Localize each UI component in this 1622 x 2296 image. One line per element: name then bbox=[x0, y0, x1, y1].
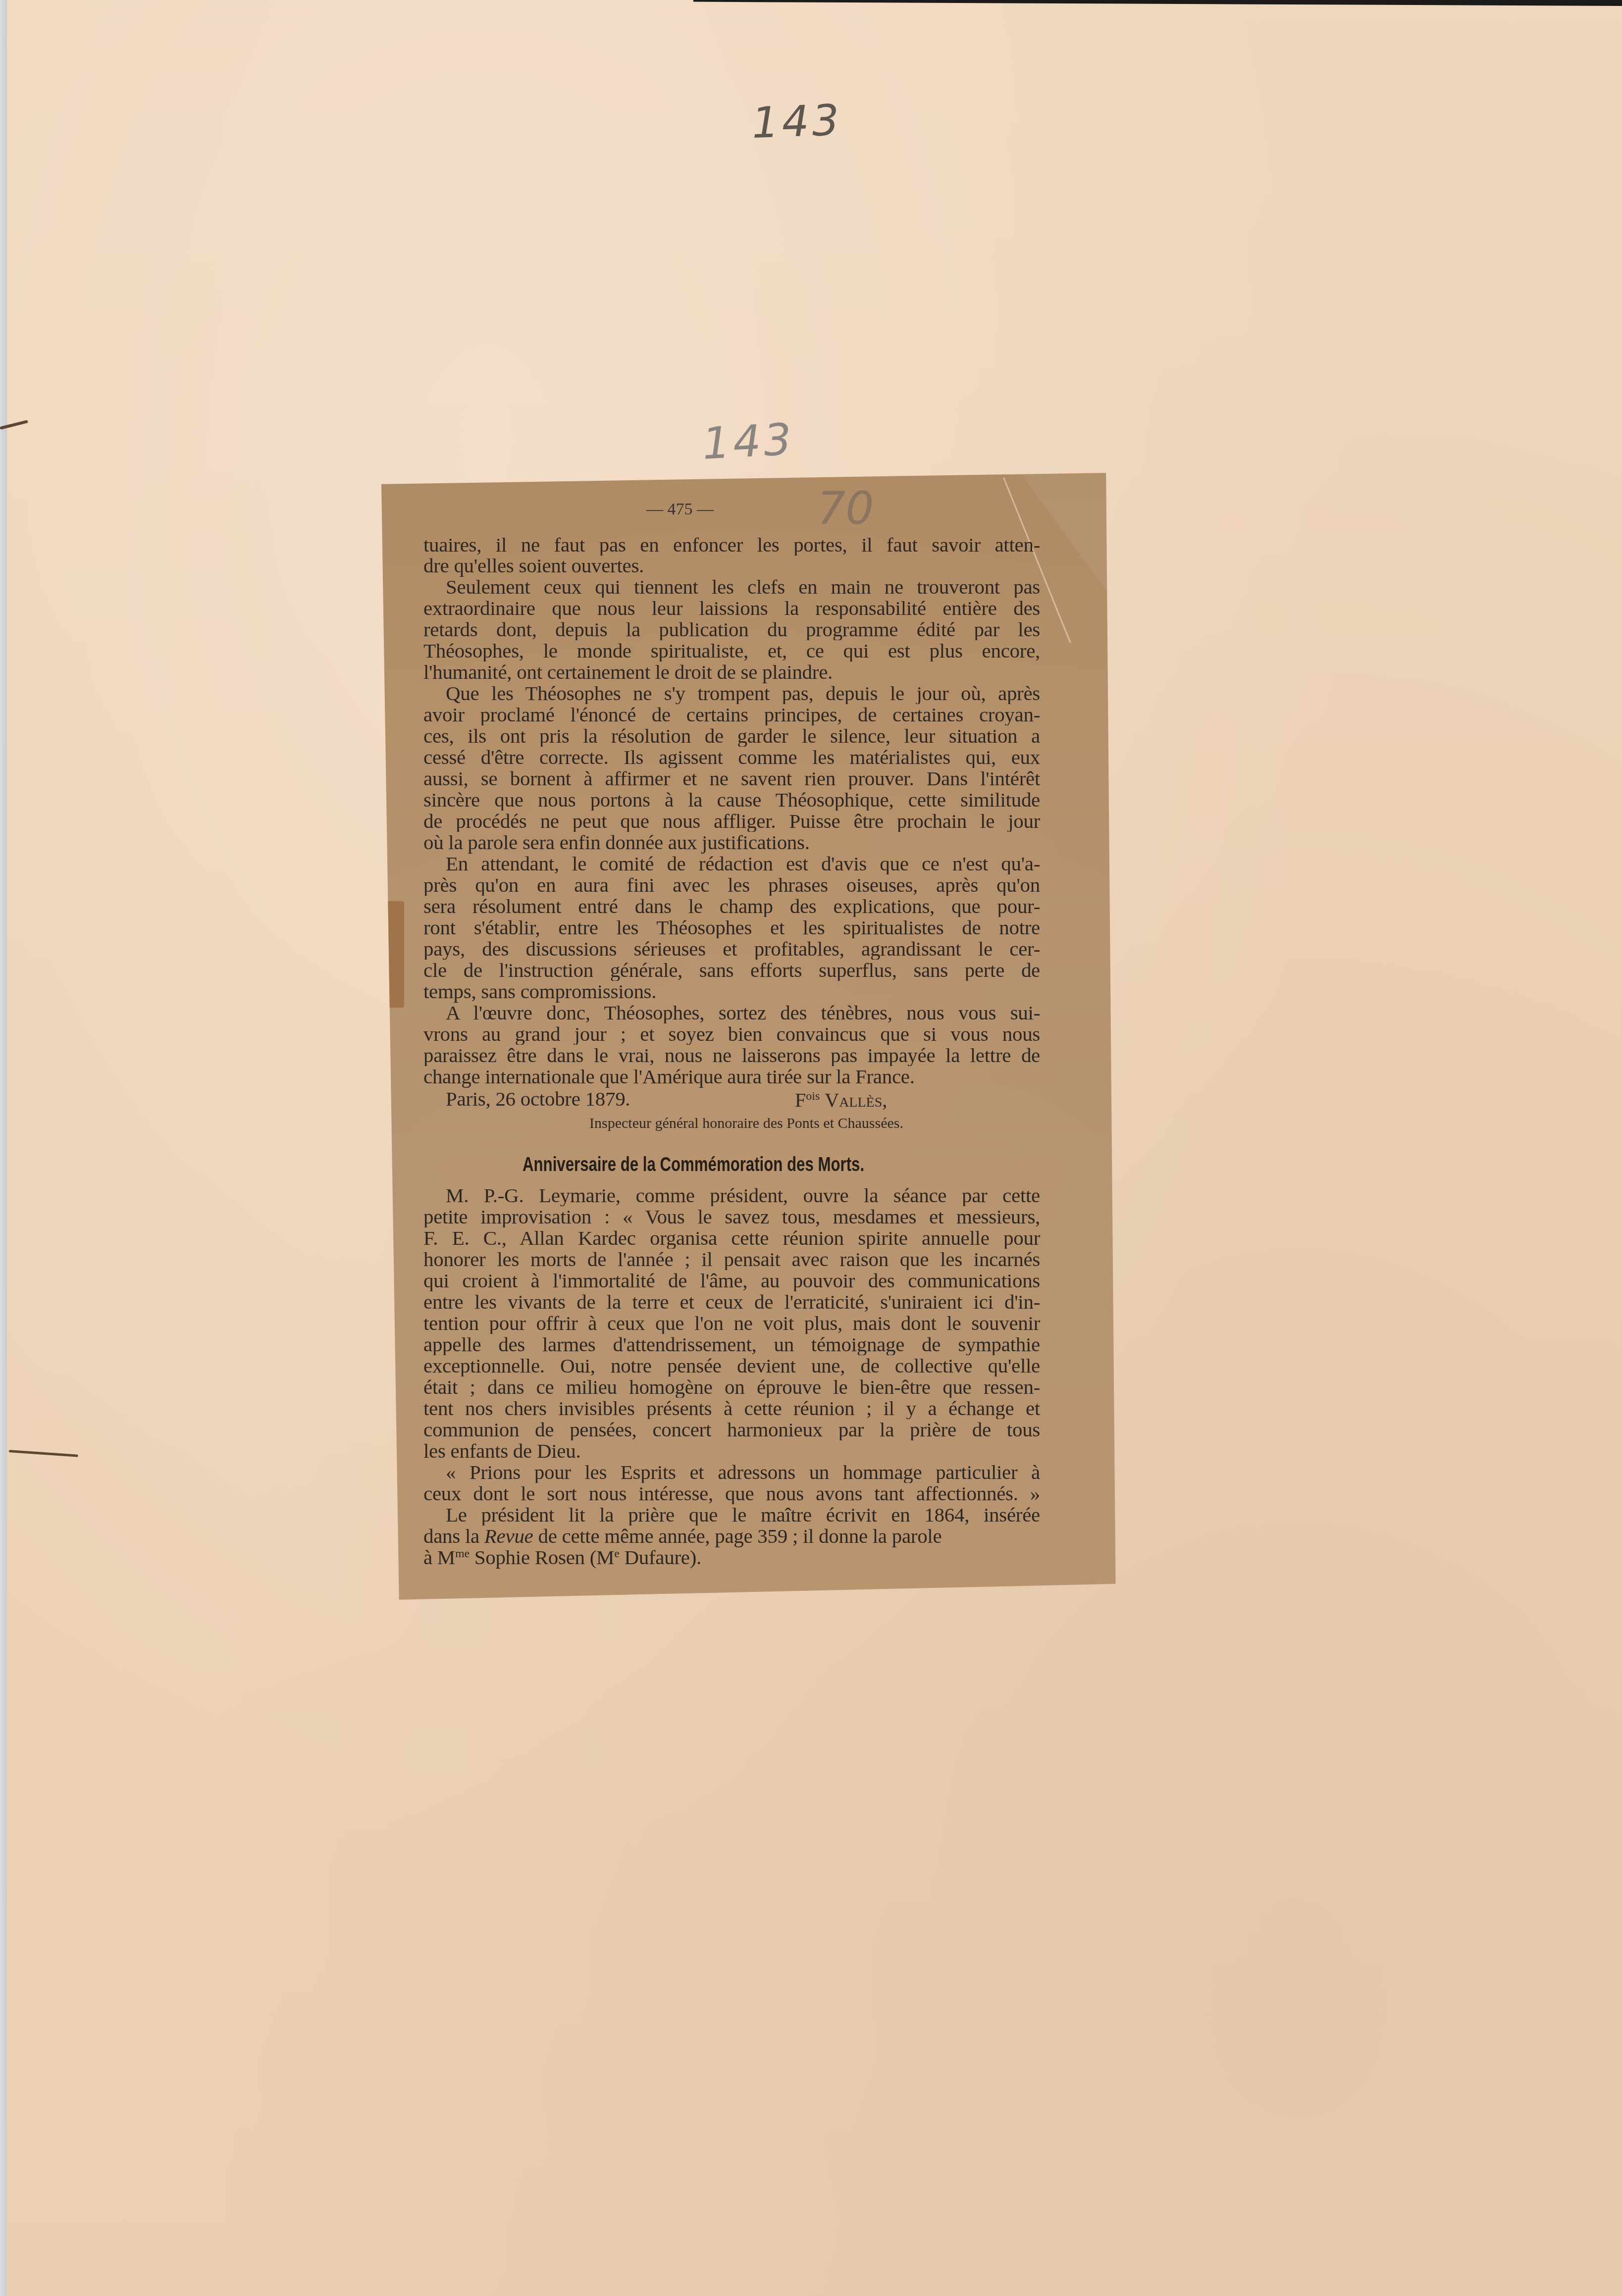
text-line: extraordinaire que nous leur laissions l… bbox=[423, 598, 1040, 619]
text-line: cle de l'instruction générale, sans effo… bbox=[423, 960, 1040, 981]
text-line: sincère que nous portons à la cause Théo… bbox=[423, 789, 1040, 811]
text-run: à M bbox=[423, 1546, 455, 1569]
text-line: exceptionnelle. Oui, notre pensée devien… bbox=[423, 1355, 1040, 1377]
signature-surname: Vallès, bbox=[825, 1089, 887, 1111]
text-line: Seulement ceux qui tiennent les clefs en… bbox=[423, 576, 1040, 598]
text-line: Le président lit la prière que le maître… bbox=[423, 1504, 1040, 1526]
text-line: qui croient à l'immortalité de l'âme, au… bbox=[423, 1270, 1040, 1291]
text-run: Dufaure). bbox=[620, 1546, 701, 1569]
text-line: tent nos chers invisibles présents à cet… bbox=[423, 1398, 1040, 1419]
text-run: dans la bbox=[423, 1525, 484, 1547]
journal-title: Revue bbox=[484, 1525, 533, 1547]
pencil-clipping-number: 143 bbox=[701, 413, 795, 469]
signature-initial: F bbox=[795, 1089, 806, 1111]
text-run: Sophie Rosen (M bbox=[470, 1546, 614, 1569]
text-line: vrons au grand jour ; et soyez bien conv… bbox=[423, 1023, 1040, 1045]
text-line: Que les Théosophes ne s'y trompent pas, … bbox=[423, 683, 1040, 704]
text-line: temps, sans compromissions. bbox=[423, 981, 656, 1002]
text-line: aussi, se bornent à affirmer et ne saven… bbox=[423, 768, 1040, 789]
text-line: sera résolument entré dans le champ des … bbox=[423, 896, 1040, 917]
pencil-marginal-note: 70 bbox=[817, 483, 874, 535]
text-line: « Prions pour les Esprits et adressons u… bbox=[423, 1462, 1040, 1483]
text-line: tuaires, il ne faut pas en enfoncer les … bbox=[423, 534, 1040, 556]
text-line: dans la Revue de cette même année, page … bbox=[423, 1526, 1040, 1547]
text-sup: e bbox=[614, 1547, 619, 1560]
text-line: dre qu'elles soient ouvertes. bbox=[423, 555, 644, 576]
text-line: près qu'on en aura fini avec les phrases… bbox=[423, 874, 1040, 896]
text-line: tention pour offrir à ceux que l'on ne v… bbox=[423, 1313, 1040, 1334]
signature: Fois Vallès, bbox=[795, 1088, 887, 1112]
text-line: cessé d'être correcte. Ils agissent comm… bbox=[423, 747, 1040, 768]
page-number: — 475 — bbox=[646, 500, 714, 519]
text-run: de cette même année, page 359 ; il donne… bbox=[533, 1525, 942, 1547]
text-line: En attendant, le comité de rédaction est… bbox=[423, 853, 1040, 874]
text-line: communion de pensées, concert harmonieux… bbox=[423, 1419, 1040, 1440]
text-line: honorer les morts de l'année ; il pensai… bbox=[423, 1249, 1040, 1270]
signature-initial-sup: ois bbox=[806, 1090, 820, 1103]
text-line: change internationale que l'Amérique aur… bbox=[423, 1066, 915, 1087]
text-sup: me bbox=[455, 1547, 470, 1560]
text-line: petite improvisation : « Vous le savez t… bbox=[423, 1206, 1040, 1227]
newspaper-clipping: — 475 — 70 tuaires, il ne faut pas en en… bbox=[381, 473, 1119, 1604]
signature-title: Inspecteur général honoraire des Ponts e… bbox=[589, 1115, 903, 1132]
pencil-folio-number: 143 bbox=[751, 96, 843, 148]
text-line: paraissez être dans le vrai, nous ne lai… bbox=[423, 1045, 1040, 1066]
section-heading: Anniversaire de la Commémoration des Mor… bbox=[523, 1154, 864, 1176]
text-line: appelle des larmes d'attendrissement, un… bbox=[423, 1334, 1040, 1355]
scanner-edge-left bbox=[0, 0, 7, 2296]
text-line: était ; dans ce milieu homogène on éprou… bbox=[423, 1377, 1040, 1398]
text-line: ces, ils ont pris la résolution de garde… bbox=[423, 725, 1040, 747]
dateline: Paris, 26 octobre 1879. bbox=[446, 1088, 630, 1110]
text-line: à Mme Sophie Rosen (Me Dufaure). bbox=[423, 1547, 701, 1568]
text-line: A l'œuvre donc, Théosophes, sortez des t… bbox=[423, 1002, 1040, 1023]
text-line: de procédés ne peut que nous affliger. P… bbox=[423, 811, 1040, 832]
text-line: entre les vivants de la terre et ceux de… bbox=[423, 1291, 1040, 1313]
text-line: où la parole sera enfin donnée aux justi… bbox=[423, 832, 810, 853]
text-line: Théosophes, le monde spiritualiste, et, … bbox=[423, 640, 1040, 662]
text-line: avoir proclamé l'énoncé de certains prin… bbox=[423, 704, 1040, 725]
text-line: retards dont, depuis la publication du p… bbox=[423, 619, 1040, 640]
text-line: ceux dont le sort nous intéresse, que no… bbox=[423, 1483, 1040, 1504]
text-line: les enfants de Dieu. bbox=[423, 1440, 580, 1462]
text-line: ront s'établir, entre les Théosophes et … bbox=[423, 917, 1040, 938]
text-line: l'humanité, ont certainement le droit de… bbox=[423, 662, 833, 683]
text-line: F. E. C., Allan Kardec organisa cette ré… bbox=[423, 1227, 1040, 1249]
text-line: pays, des discussions sérieuses et profi… bbox=[423, 938, 1040, 960]
text-line: M. P.-G. Leymarie, comme président, ouvr… bbox=[423, 1185, 1040, 1206]
